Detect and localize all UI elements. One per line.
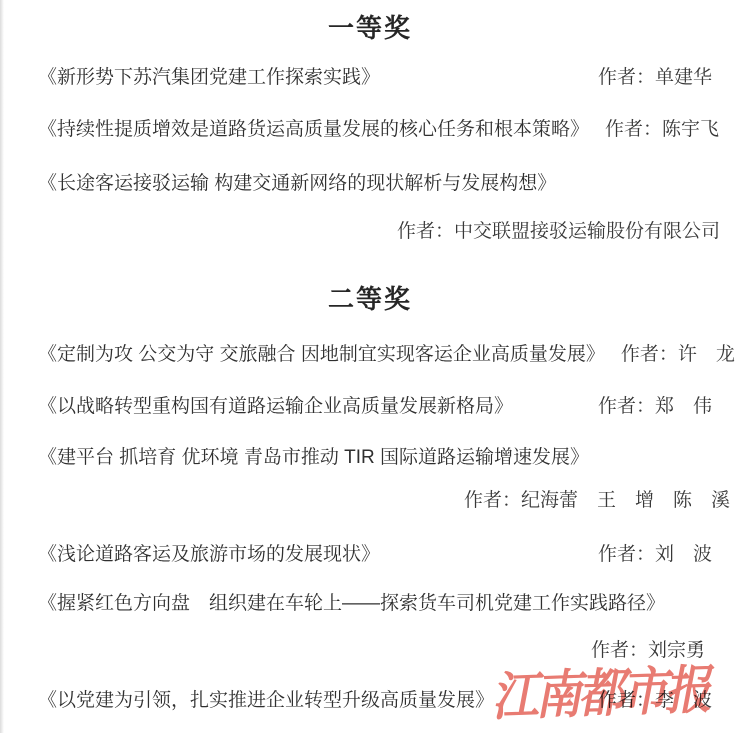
entry-row: 《定制为攻 公交为守 交旅融合 因地制宜实现客运企业高质量发展》 作者：许 龙 <box>38 341 712 368</box>
entry-title: 《握紧红色方向盘 组织建在车轮上——探索货车司机党建工作实践路径》 <box>38 590 665 617</box>
entry-title: 《新形势下苏汽集团党建工作探索实践》 <box>38 64 380 91</box>
entry-title: 《以党建为引领，扎实推进企业转型升级高质量发展》 <box>38 687 494 714</box>
scan-edge-artifact <box>0 0 4 733</box>
entry-author: 作者：中交联盟接驳运输股份有限公司 <box>38 218 720 245</box>
section-heading-first-prize: 一等奖 <box>0 8 740 45</box>
entry-row: 《新形势下苏汽集团党建工作探索实践》 作者：单建华 <box>38 64 712 91</box>
entry-title: 《长途客运接驳运输 构建交通新网络的现状解析与发展构想》 <box>38 170 556 197</box>
entry-author: 作者：纪海蕾 王 增 陈 溪 <box>38 487 730 514</box>
entry-title: 《定制为攻 公交为守 交旅融合 因地制宜实现客运企业高质量发展》 <box>38 341 605 368</box>
entry-row: 《以党建为引领，扎实推进企业转型升级高质量发展》 作者：李 波 <box>38 687 712 714</box>
entry-author: 作者：李 波 <box>598 687 712 714</box>
entry-row: 《建平台 抓培育 优环境 青岛市推动 TIR 国际道路运输增速发展》 <box>38 444 712 471</box>
entry-author: 作者：许 龙 <box>621 341 735 368</box>
entry-row: 《持续性提质增效是道路货运高质量发展的核心任务和根本策略》 作者：陈宇飞 <box>38 116 712 143</box>
entry-title: 《建平台 抓培育 优环境 青岛市推动 TIR 国际道路运输增速发展》 <box>38 444 589 471</box>
entry-row: 《以战略转型重构国有道路运输企业高质量发展新格局》 作者：郑 伟 <box>38 393 712 420</box>
entry-title: 《持续性提质增效是道路货运高质量发展的核心任务和根本策略》 <box>38 116 589 143</box>
entry-author: 作者：刘宗勇 <box>38 637 705 664</box>
entry-title: 《浅论道路客运及旅游市场的发展现状》 <box>38 541 380 568</box>
entry-title: 《以战略转型重构国有道路运输企业高质量发展新格局》 <box>38 393 513 420</box>
entry-author: 作者：单建华 <box>598 64 712 91</box>
entry-row: 《长途客运接驳运输 构建交通新网络的现状解析与发展构想》 <box>38 170 712 197</box>
section-heading-second-prize: 二等奖 <box>0 279 740 316</box>
entry-row: 《浅论道路客运及旅游市场的发展现状》 作者：刘 波 <box>38 541 712 568</box>
entry-author: 作者：郑 伟 <box>598 393 712 420</box>
entry-author: 作者：刘 波 <box>598 541 712 568</box>
entry-author: 作者：陈宇飞 <box>605 116 719 143</box>
entry-row: 《握紧红色方向盘 组织建在车轮上——探索货车司机党建工作实践路径》 <box>38 590 712 617</box>
award-list-document: 一等奖 《新形势下苏汽集团党建工作探索实践》 作者：单建华 《持续性提质增效是道… <box>0 0 740 733</box>
